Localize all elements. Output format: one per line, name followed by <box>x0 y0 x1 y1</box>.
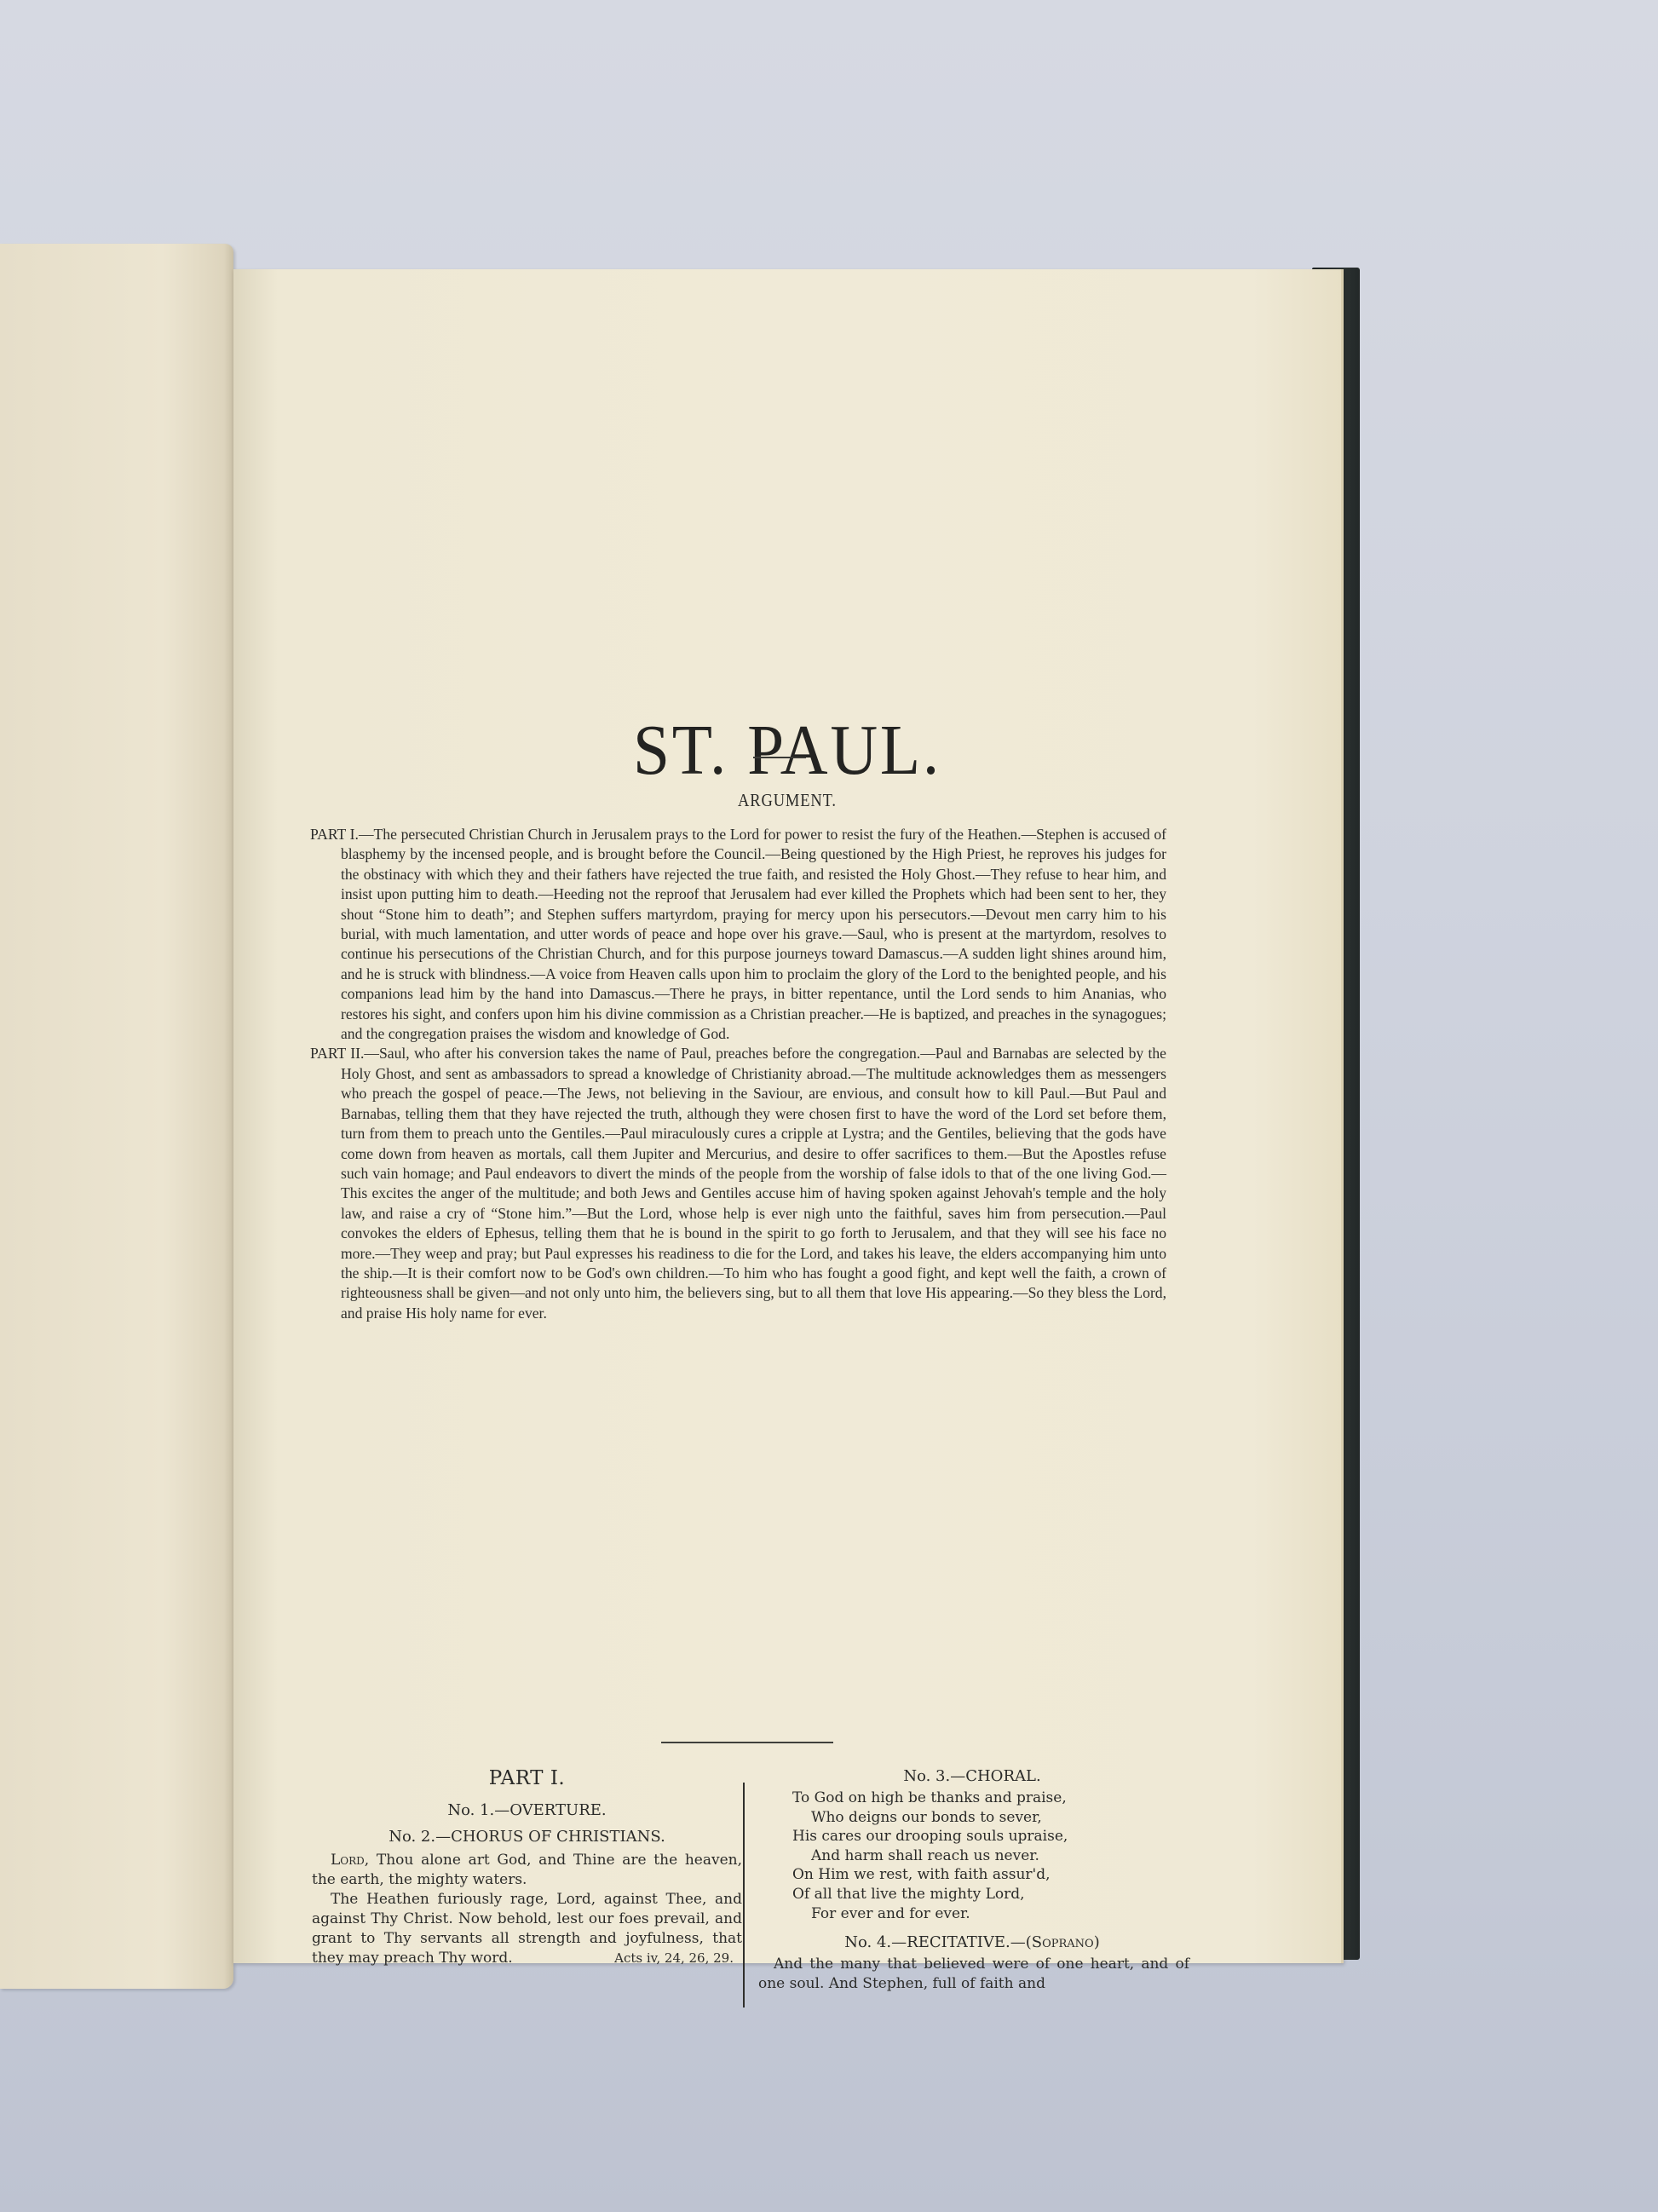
choral-line: His cares our drooping souls upraise, <box>792 1827 1189 1846</box>
recitative-text: And the many that believed were of one h… <box>758 1955 1189 1994</box>
choral-poem: To God on high be thanks and praise, Who… <box>792 1789 1189 1923</box>
lord-smallcaps: Lord <box>331 1852 365 1869</box>
no4-heading: No. 4.—RECITATIVE.—(Soprano) <box>755 1933 1189 1951</box>
voice-label: Soprano <box>1032 1933 1094 1951</box>
choral-line: For ever and for ever. <box>792 1904 1189 1924</box>
right-column: No. 3.—CHORAL. To God on high be thanks … <box>755 1767 1189 1994</box>
left-column: PART I. No. 1.—OVERTURE. No. 2.—CHORUS O… <box>312 1767 742 1968</box>
argument-heading: ARGUMENT. <box>300 790 1275 811</box>
no1-heading: No. 1.—OVERTURE. <box>312 1801 742 1819</box>
no3-heading: No. 3.—CHORAL. <box>755 1767 1189 1785</box>
no2-heading: No. 2.—CHORUS OF CHRISTIANS. <box>312 1828 742 1846</box>
part-heading: PART I. <box>312 1767 742 1789</box>
argument-part-2-label: PART II. <box>310 1045 364 1062</box>
chorus-verse-1-text: , Thou alone art God, and Thine are the … <box>312 1852 742 1888</box>
right-page: ST. PAUL. ARGUMENT. PART I.—The persecut… <box>233 269 1344 1963</box>
chorus-verse-2: The Heathen furiously rage, Lord, agains… <box>312 1890 742 1968</box>
title-divider <box>753 757 806 758</box>
argument-part-1-label: PART I. <box>310 826 359 843</box>
choral-line: To God on high be thanks and praise, <box>792 1789 1189 1808</box>
choral-line: And harm shall reach us never. <box>792 1846 1189 1866</box>
no4-heading-close: ) <box>1094 1933 1100 1951</box>
chorus-verse-1: Lord, Thou alone art God, and Thine are … <box>312 1851 742 1890</box>
no4-heading-text: No. 4.—RECITATIVE.—( <box>844 1933 1032 1951</box>
argument-part-2: PART II.—Saul, who after his conversion … <box>310 1044 1166 1323</box>
column-divider <box>743 1783 745 2008</box>
scripture-citation: Acts iv, 24, 26, 29. <box>614 1949 734 1968</box>
section-divider <box>661 1742 833 1743</box>
argument-part-1-text: —The persecuted Christian Church in Jeru… <box>341 826 1166 1042</box>
left-page <box>0 244 233 1989</box>
argument-part-1: PART I.—The persecuted Christian Church … <box>310 825 1166 1044</box>
choral-line: Who deigns our bonds to sever, <box>792 1808 1189 1828</box>
choral-line: On Him we rest, with faith assur'd, <box>792 1865 1189 1885</box>
choral-line: Of all that live the mighty Lord, <box>792 1885 1189 1904</box>
page-title: ST. PAUL. <box>278 709 1297 792</box>
argument-section: PART I.—The persecuted Christian Church … <box>310 825 1166 1323</box>
argument-part-2-text: —Saul, who after his conversion takes th… <box>341 1045 1166 1321</box>
